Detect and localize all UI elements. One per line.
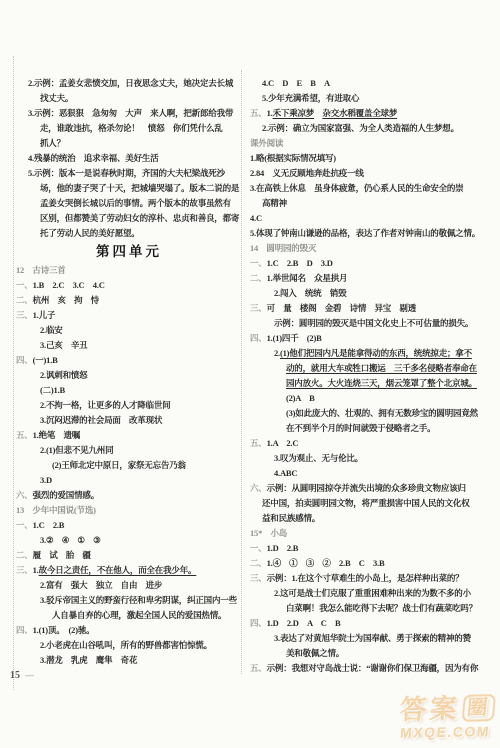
answer-text: 示例：我想对守岛战士说：“谢谢你们保卫海疆，因为有你 (267, 663, 479, 673)
answer-line: 找丈夫。 (16, 91, 242, 106)
answer-text: 4.ABC (274, 468, 297, 478)
lesson-header: 15* 小岛 (250, 526, 496, 541)
answer-line: 高精神 (250, 196, 496, 211)
answer-text: 托了劳动人民的美好愿望。 (40, 228, 140, 238)
answer-text: 场，他的妻子哭了十天，把城墙哭塌了。版本二说的是 (40, 183, 239, 193)
answer-text: 在不到半个月的时间就毁于侵略者之手。 (286, 423, 435, 433)
answer-line: 2.(1)但悲不见九州同 (16, 443, 242, 458)
answer-text: 找丈夫。 (40, 93, 73, 103)
answer-line: 2.闯入 统统 销毁 (250, 286, 496, 301)
answer-line: 还中国，拍卖圆明园文物，将严重损害中国人民的文化权 (250, 496, 496, 511)
answer-line: 四、1.(1)四千 (2)B (250, 331, 496, 346)
answer-text: 4.C (250, 213, 262, 223)
answer-text: 13 少年中国说(节选) (16, 505, 96, 515)
answer-line: 动的，就用大车或牲口搬运 三千多名侵略者奉命在 (250, 361, 496, 376)
question-number-marker: 五、 (16, 430, 33, 440)
answer-line: (2)王师北定中原日，家祭无忘告乃翁 (16, 458, 242, 473)
answer-text: 还中国，拍卖圆明园文物，将严重损害中国人民的文化权 (262, 498, 470, 508)
answer-line: 2.临安 (16, 323, 242, 338)
answer-text: 1.C 2.B D 3.D (267, 258, 333, 268)
answer-text: 2.临安 (40, 325, 63, 335)
answer-line: 2.小老虎在山谷吼叫，所有的野兽都害怕惊慌。 (16, 638, 242, 653)
answer-line: 五、1.禾下乘凉梦 杂交水稻覆盖全球梦 (250, 106, 496, 121)
question-number-marker: 二、 (250, 273, 267, 283)
answer-text: 12 古诗三首 (16, 265, 66, 275)
answer-text: 示例：从圆明园掠夺并流失出境的众多珍贵文物应该归 (267, 483, 466, 493)
answer-text: 1.举世闻名 众星拱月 (267, 273, 348, 283)
left-margin-rule (13, 56, 14, 690)
answer-text: 课外阅读 (250, 138, 283, 148)
answer-text: 1.儿子 (33, 310, 56, 320)
answer-text: (一)1.B (33, 355, 58, 365)
answer-line: 四、1.D 2.D A C B (250, 616, 496, 631)
answer-line: 4.C D E B A (250, 76, 496, 91)
answer-line: 三、1.故今日之责任，不在他人，而全在我少年。 (16, 563, 242, 578)
answer-text: 1.D 2.B (267, 543, 299, 553)
answer-text: 3.示例：恶狠狠 急匆匆 大声 来人啊，把新郎给我带 (28, 108, 233, 118)
answer-line: 2.这可是战士们克服了重重困难种出来的为数不多的小 (250, 586, 496, 601)
question-number-marker: 四、 (16, 625, 33, 635)
answer-line: 三、可 量 楼阁 金碧 诗情 异宝 剔透 (250, 301, 496, 316)
answer-text: 第四单元 (96, 244, 162, 259)
answer-line: 区别，但都赞美了劳动妇女的淳朴、忠贞和善良，都寄 (16, 211, 242, 226)
answer-text: 杭州 亥 拘 恃 (33, 295, 99, 305)
answer-line: 一、1.C 2.B D 3.D (250, 256, 496, 271)
answer-text: 履 试 胎 疆 (33, 550, 91, 560)
answer-line: 抓人？ (16, 136, 242, 151)
answer-text: 14 圆明园的毁灭 (250, 243, 316, 253)
answer-line: 3.叹为观止、无与伦比。 (250, 451, 496, 466)
answer-text: 1.C 2.B (33, 520, 65, 530)
answer-text: 益和民族感情。 (262, 513, 320, 523)
answer-text: 示例：圆明园的毁灭是中国文化史上不可估量的损失。 (274, 318, 473, 328)
answer-line: (2)A B (250, 391, 496, 406)
question-number-marker: 三、 (16, 565, 33, 575)
answer-text: 5.示例：版本一是说春秋时期，齐国的大夫杞梁战死沙 (28, 168, 225, 178)
answer-line: 三、示例：1.在这个寸草难生的小岛上，是怎样种出菜的？ (250, 571, 496, 586)
watermark-brand-text: 答案 (398, 694, 461, 725)
answer-line: 白菜啊！我怎么能吃得下去呢？战士们有蔬菜吃吗？ (250, 601, 496, 616)
answer-line: 2.84 义无反顾地奔赴抗疫一线 (250, 166, 496, 181)
answer-text: 可 量 楼阁 金碧 诗情 异宝 剔透 (267, 303, 416, 313)
answer-line: 一、1.D 2.B (250, 541, 496, 556)
answer-line: 在不到半个月的时间就毁于侵略者之手。 (250, 421, 496, 436)
answer-text: (2)A B (286, 393, 315, 403)
answer-line: 托了劳动人民的美好愿望。 (16, 226, 242, 241)
underlined-answer-text: 园内放火。大火连烧三天，烟云笼罩了整个北京城。 (286, 378, 477, 388)
question-number-marker: 三、 (16, 310, 33, 320)
answer-line: 益和民族感情。 (250, 511, 496, 526)
answer-line: 4.C (250, 211, 496, 226)
question-number-marker: 二、 (16, 550, 33, 560)
lesson-header: 14 圆明园的毁灭 (250, 241, 496, 256)
question-number-marker: 二、 (16, 295, 33, 305)
answer-line: 2.讽刺和愤怒 (16, 368, 242, 383)
answer-text: 4.C D E B A (262, 78, 330, 88)
footer-dash: — (25, 670, 34, 680)
answer-text: 15* 小岛 (250, 528, 287, 538)
answer-line: 3.己亥 辛丑 (16, 338, 242, 353)
answer-text: 3.② ④ ① ③ (40, 535, 101, 545)
subsection-header: 课外阅读 (250, 136, 496, 151)
question-number-marker: 一、 (16, 520, 33, 530)
answer-text: 1.A 2.C (267, 438, 299, 448)
answer-line: 五、示例：我想对守岛战士说：“谢谢你们保卫海疆，因为有你 (250, 661, 496, 676)
answer-text: 2.示例：确立为国家富强、为全人类造福的人生梦想。 (262, 123, 459, 133)
answer-line: 四、(一)1.B (16, 353, 242, 368)
answer-line: 六、示例：从圆明园掠夺并流失出境的众多珍贵文物应该归 (250, 481, 496, 496)
answer-line: (3)如此庞大的、壮观的、拥有无数珍宝的圆明园竟然 (250, 406, 496, 421)
answer-text: 5.体现了钟南山谦逊的品格，表达了作者对钟南山的敬佩之情。 (250, 228, 480, 238)
answer-line: 3.表达了对黄旭华院士为国奉献、勇于探索的精神的赞 (250, 631, 496, 646)
question-number-marker: 二、 (250, 558, 267, 568)
question-number-marker: 三、 (250, 303, 267, 313)
answer-text: 1.绝笔 遗嘱 (33, 430, 80, 440)
question-number-marker: 三、 (250, 573, 267, 583)
lesson-header: 12 古诗三首 (16, 263, 242, 278)
answer-text: 2.示例：孟姜女悲愤交加，日夜思念丈夫，她决定去长城 (28, 78, 233, 88)
answer-text: 2.讽刺和愤怒 (40, 370, 87, 380)
page-number: 15 (10, 670, 20, 681)
answer-text: 1.(1)四千 (2)B (267, 333, 322, 343)
answer-text: 走，谁敢违抗，格杀勿论！ 愤怒 你们凭什么乱 (40, 123, 223, 133)
answer-text: 1.④ ① ③ ② 2.B C 3.B (267, 558, 385, 568)
answer-text: 4.残暴的统治 追求幸福、美好生活 (28, 153, 158, 163)
answer-text: 1.(1)顶。 (2)驰。 (33, 625, 95, 635)
question-number-marker: 四、 (250, 618, 267, 628)
answer-text: 2.闯入 统统 销毁 (274, 288, 346, 298)
underlined-answer-text: (1)他们把园内凡是能拿得动的东西，统统掠走；拿不 (280, 348, 472, 358)
answer-line: 3.在高铁上休息 虽身体疲惫，仍心系人民的生命安全的崇 (250, 181, 496, 196)
answer-text: 3.表达了对黄旭华院士为国奉献、勇于探索的精神的赞 (274, 633, 471, 643)
answer-line: 3.示例：恶狠狠 急匆匆 大声 来人啊，把新郎给我带 (16, 106, 242, 121)
answer-text: 2.不拘一格，让更多的人才降临世间 (40, 400, 170, 410)
answer-line: 二、履 试 胎 疆 (16, 548, 242, 563)
answer-line: (二)1.B (16, 383, 242, 398)
question-number-marker: 四、 (250, 333, 267, 343)
lesson-header: 13 少年中国说(节选) (16, 503, 242, 518)
answer-text: 2.这可是战士们克服了重重困难种出来的为数不多的小 (274, 588, 471, 598)
answer-text: 孟姜女哭倒长城以后的事情。两个版本的故事虽然有 (40, 198, 231, 208)
underlined-answer-text: 杂交水稻覆盖全球梦 (322, 108, 397, 118)
underlined-answer-text: 禾下乘凉梦 (273, 108, 315, 118)
answer-line: 美和敬佩之情。 (250, 646, 496, 661)
answer-line: 一、1.C 2.B (16, 518, 242, 533)
watermark-domain: MXQE.COM (397, 723, 494, 741)
answer-text: 2.富有 强大 独立 自由 进步 (40, 580, 162, 590)
left-column: 2.示例：孟姜女悲愤交加，日夜思念丈夫，她决定去长城找丈夫。3.示例：恶狠狠 急… (16, 76, 242, 668)
answer-text: 3.叹为观止、无与伦比。 (274, 453, 363, 463)
question-number-marker: 六、 (250, 483, 267, 493)
answer-line: 园内放火。大火连烧三天，烟云笼罩了整个北京城。 (250, 376, 496, 391)
answer-line: 五、1.A 2.C (250, 436, 496, 451)
answer-line: 孟姜女哭倒长城以后的事情。两个版本的故事虽然有 (16, 196, 242, 211)
answer-line: 5.少年充满希望，有进取心 (250, 91, 496, 106)
answer-text: 1.B 2.C 3.C 4.C (33, 280, 105, 290)
answer-line: 5.体现了钟南山谦逊的品格，表达了作者对钟南山的敬佩之情。 (250, 226, 496, 241)
answer-line: 二、杭州 亥 拘 恃 (16, 293, 242, 308)
question-number-marker: 五、 (250, 108, 267, 118)
answer-text: 高精神 (262, 198, 287, 208)
unit-section-header: 第四单元 (16, 241, 242, 263)
answer-line: 3.② ④ ① ③ (16, 533, 242, 548)
answer-line: 3.驳斥帝国主义的野蛮行径和卑劣阴谋，纠正国内一些 (16, 593, 242, 608)
answer-line: 场，他的妻子哭了十天，把城墙哭塌了。版本二说的是 (16, 181, 242, 196)
underlined-answer-text: 动的，就用大车或牲口搬运 三千多名侵略者奉命在 (286, 363, 477, 373)
question-number-marker: 六、 (16, 490, 33, 500)
answer-line: 五、1.绝笔 遗嘱 (16, 428, 242, 443)
answer-text: 5.少年充满希望，有进取心 (262, 93, 359, 103)
question-number-marker: 一、 (250, 258, 267, 268)
answer-line: 2.(1)他们把园内凡是能拿得动的东西，统统掠走；拿不 (250, 346, 496, 361)
answer-text: 白菜啊！我怎么能吃得下去呢？战士们有蔬菜吃吗？ (286, 603, 477, 613)
answer-text: 1.略(根据实际情况填写) (250, 153, 336, 163)
answer-text: 2.84 义无反顾地奔赴抗疫一线 (250, 168, 364, 178)
answer-line: 5.示例：版本一是说春秋时期，齐国的大夫杞梁战死沙 (16, 166, 242, 181)
answer-text: (2)王师北定中原日，家祭无忘告乃翁 (52, 460, 186, 470)
question-number-marker: 一、 (16, 280, 33, 290)
answer-text: 强烈的爱国情感。 (33, 490, 99, 500)
answer-line: 2.示例：确立为国家富强、为全人类造福的人生梦想。 (250, 121, 496, 136)
watermark-brand-boxed-char: 圈 (462, 694, 496, 722)
underlined-answer-text: 故今日之责任，不在他人，而全在我少年。 (39, 565, 197, 575)
answer-text: 2.小老虎在山谷吼叫，所有的野兽都害怕惊慌。 (40, 640, 212, 650)
answer-text: 1.D 2.D A C B (267, 618, 341, 628)
page-footer: 15— (10, 670, 34, 681)
answer-line: 三、1.儿子 (16, 308, 242, 323)
answer-line: 1.略(根据实际情况填写) (250, 151, 496, 166)
answer-line: 3.D (16, 473, 242, 488)
answer-text: 2.(1)但悲不见九州同 (40, 445, 113, 455)
watermark: 答案圈 MXQE.COM (397, 693, 496, 741)
answer-text: 美和敬佩之情。 (286, 648, 344, 658)
answer-line: 4.残暴的统治 追求幸福、美好生活 (16, 151, 242, 166)
answer-text: 抓人？ (40, 138, 65, 148)
answer-text: 示例：1.在这个寸草难生的小岛上，是怎样种出菜的？ (267, 573, 464, 583)
question-number-marker: 五、 (250, 663, 267, 673)
answer-text: 区别，但都赞美了劳动妇女的淳朴、忠贞和善良，都寄 (40, 213, 239, 223)
answer-line: 人自暴自弃的心理，激起全国人民的爱国热情。 (16, 608, 242, 623)
answer-text: (3)如此庞大的、壮观的、拥有无数珍宝的圆明园竟然 (286, 408, 478, 418)
question-number-marker: 一、 (250, 543, 267, 553)
answer-line: 3.沉闷迟滞的社会局面 改革现状 (16, 413, 242, 428)
answer-line: 二、1.举世闻名 众星拱月 (250, 271, 496, 286)
workbook-answer-page: 2.示例：孟姜女悲愤交加，日夜思念丈夫，她决定去长城找丈夫。3.示例：恶狠狠 急… (0, 0, 500, 748)
answer-line: 2.示例：孟姜女悲愤交加，日夜思念丈夫，她决定去长城 (16, 76, 242, 91)
answer-text: 3.D (40, 475, 52, 485)
answer-line: 走，谁敢违抗，格杀勿论！ 愤怒 你们凭什么乱 (16, 121, 242, 136)
answer-line: 2.富有 强大 独立 自由 进步 (16, 578, 242, 593)
answer-text: 3.沉闷迟滞的社会局面 改革现状 (40, 415, 162, 425)
answer-text: (二)1.B (40, 385, 65, 395)
question-number-marker: 五、 (250, 438, 267, 448)
answer-text: 3.在高铁上休息 虽身体疲惫，仍心系人民的生命安全的崇 (250, 183, 463, 193)
question-number-marker: 四、 (16, 355, 33, 365)
answer-line: 六、强烈的爱国情感。 (16, 488, 242, 503)
answer-line: 二、1.④ ① ③ ② 2.B C 3.B (250, 556, 496, 571)
answer-text: 3.潜龙 乳虎 鹰隼 奇花 (40, 655, 137, 665)
answer-text: 3.己亥 辛丑 (40, 340, 87, 350)
answer-line: 示例：圆明园的毁灭是中国文化史上不可估量的损失。 (250, 316, 496, 331)
answer-text: 人自暴自弃的心理，激起全国人民的爱国热情。 (52, 610, 226, 620)
answer-line: 2.不拘一格，让更多的人才降临世间 (16, 398, 242, 413)
answer-line: 4.ABC (250, 466, 496, 481)
answer-text: 3.驳斥帝国主义的野蛮行径和卑劣阴谋，纠正国内一些 (40, 595, 237, 605)
answer-line: 一、1.B 2.C 3.C 4.C (16, 278, 242, 293)
answer-line: 3.潜龙 乳虎 鹰隼 奇花 (16, 653, 242, 668)
right-column: 4.C D E B A5.少年充满希望，有进取心五、1.禾下乘凉梦 杂交水稻覆盖… (250, 76, 496, 676)
answer-line: 四、1.(1)顶。 (2)驰。 (16, 623, 242, 638)
watermark-brand: 答案圈 (398, 693, 496, 725)
